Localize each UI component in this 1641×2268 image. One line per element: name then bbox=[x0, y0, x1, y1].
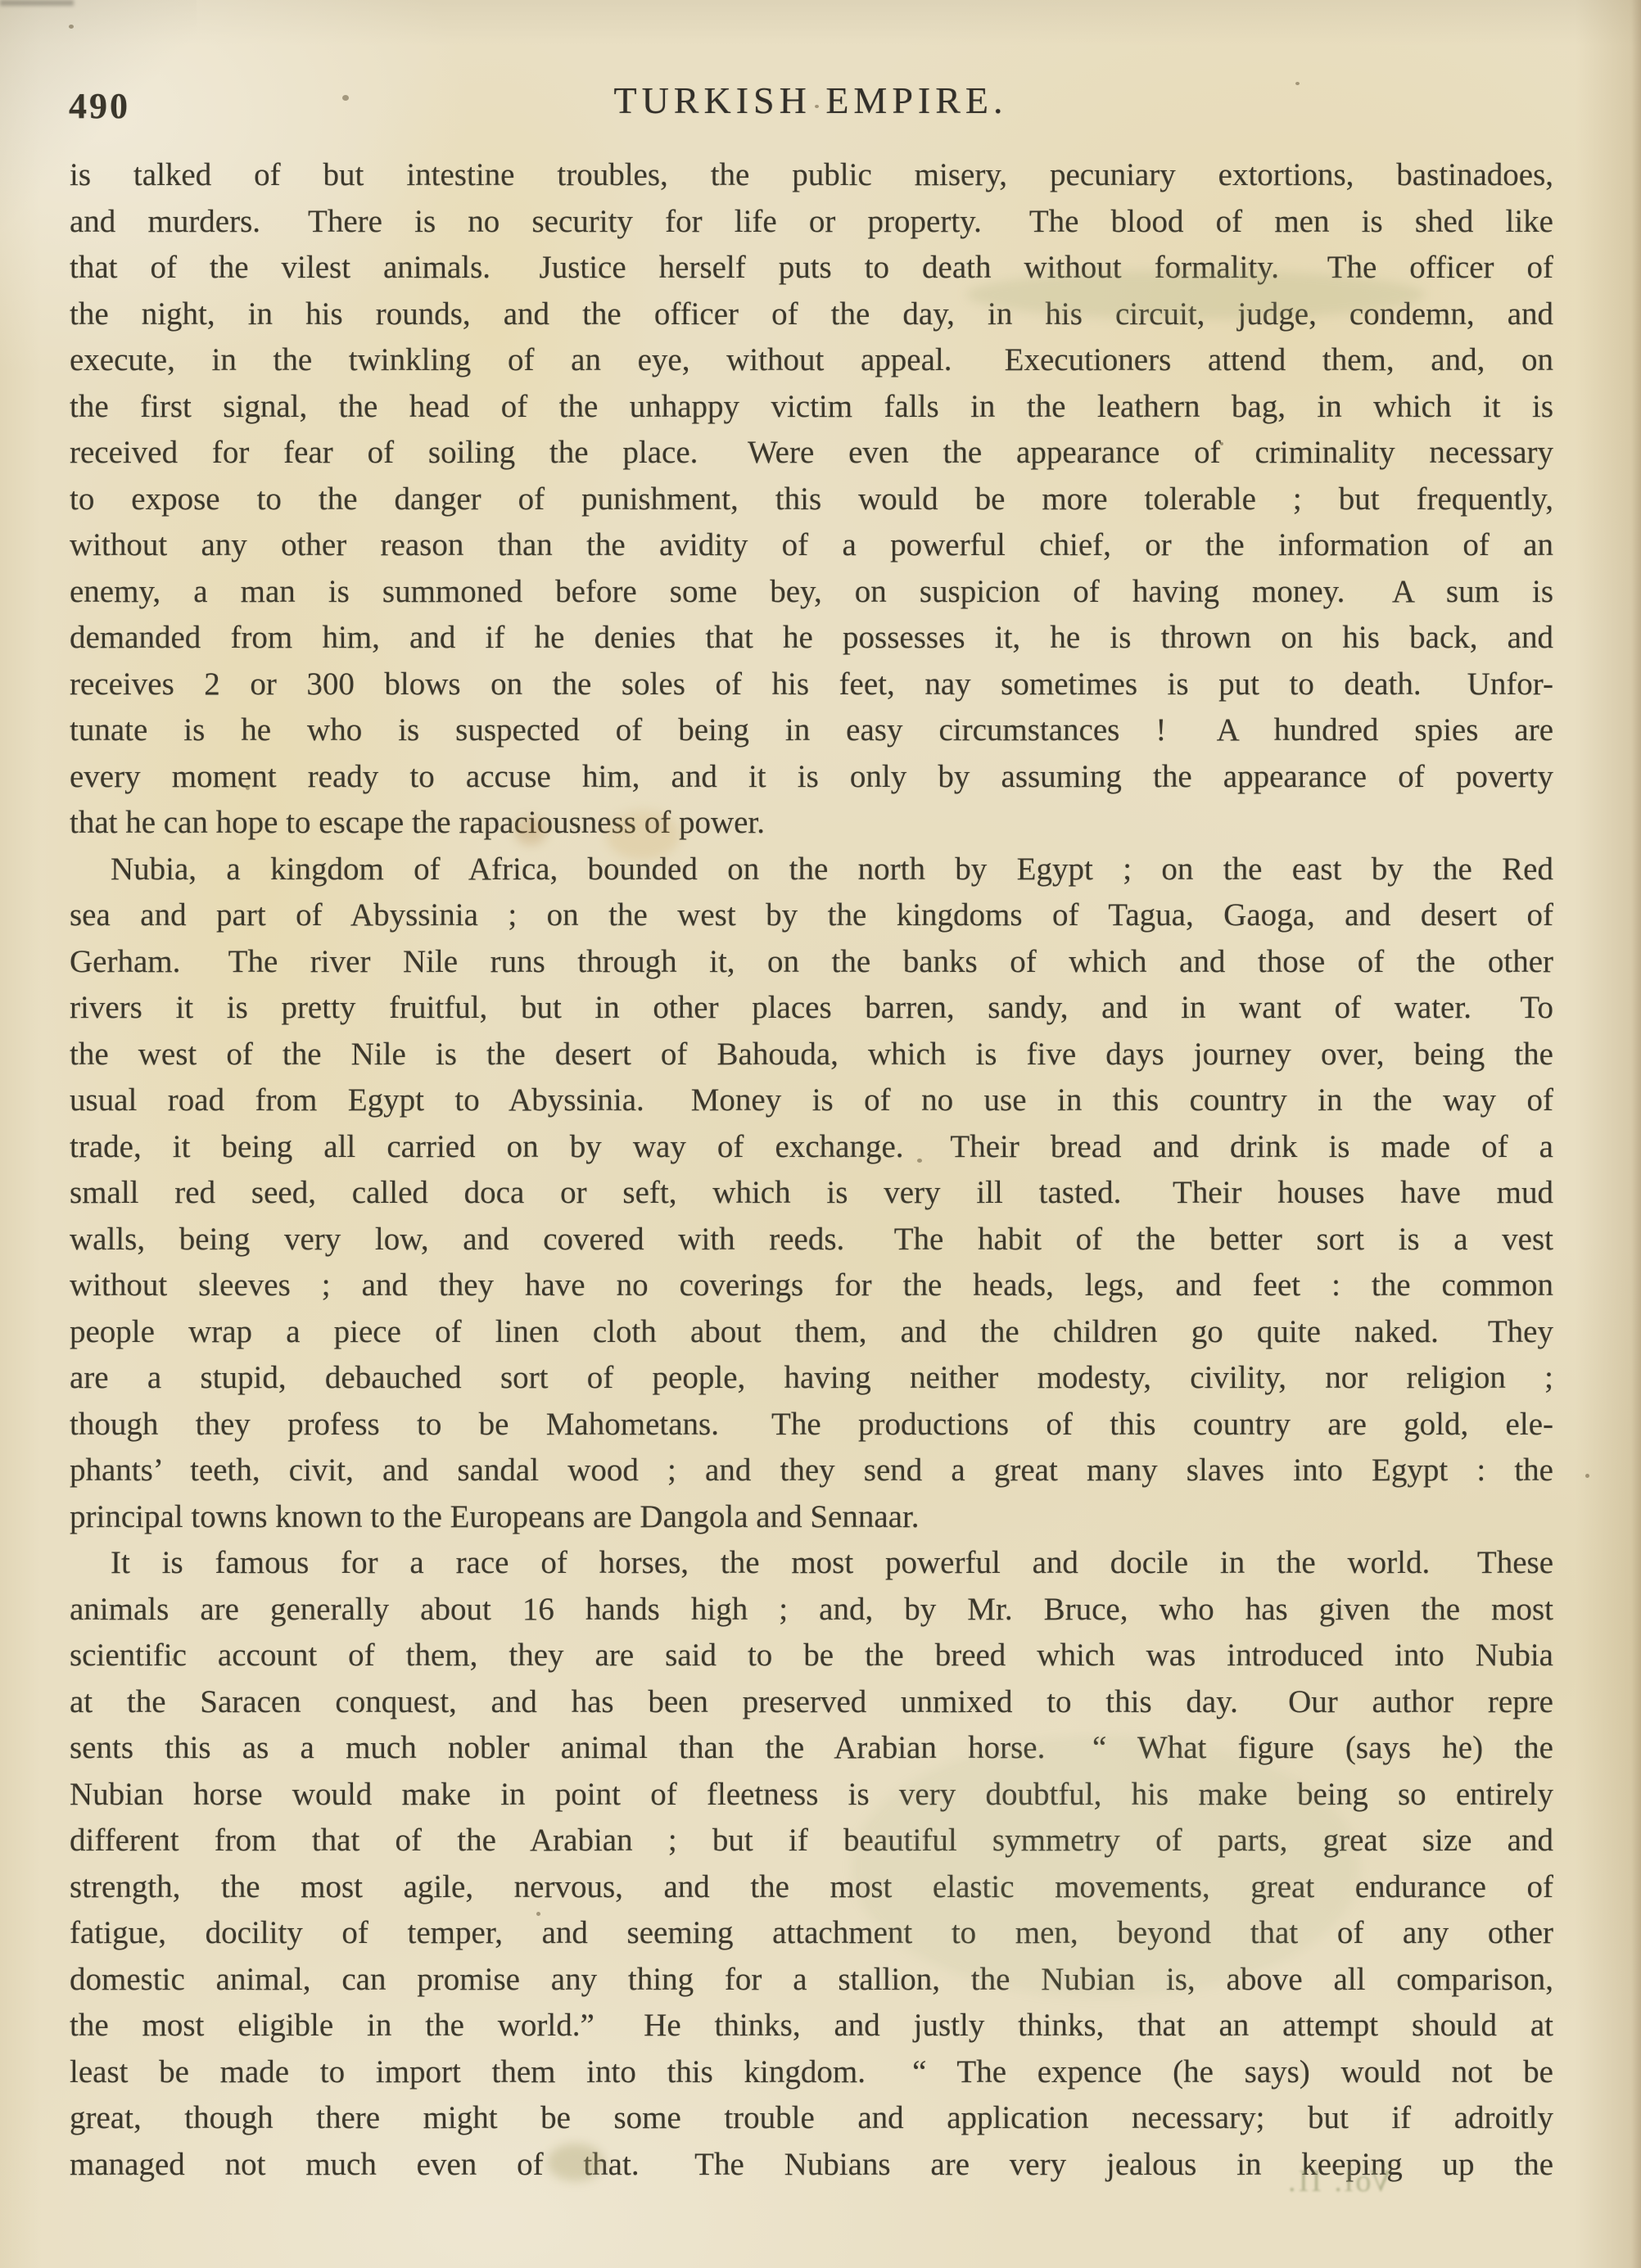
text-line: and murders. There is no security for li… bbox=[70, 199, 1553, 246]
text-line: walls, being very low, and covered with … bbox=[70, 1217, 1553, 1263]
text-line: received for fear of soiling the place. … bbox=[70, 430, 1553, 477]
text-line: It is famous for a race of horses, the m… bbox=[70, 1540, 1553, 1587]
text-line: enemy, a man is summoned before some bey… bbox=[70, 569, 1553, 616]
text-line: Nubia, a kingdom of Africa, bounded on t… bbox=[70, 847, 1553, 893]
text-line: every moment ready to accuse him, and it… bbox=[70, 754, 1553, 801]
text-line: is talked of but intestine troubles, the… bbox=[70, 152, 1553, 199]
text-line: the night, in his rounds, and the office… bbox=[70, 291, 1553, 338]
text-line: trade, it being all carried on by way of… bbox=[70, 1124, 1553, 1171]
text-line: domestic animal, can promise any thing f… bbox=[70, 1957, 1553, 2004]
scan-edge-artifact bbox=[0, 0, 74, 6]
text-line: people wrap a piece of linen cloth about… bbox=[70, 1309, 1553, 1356]
text-line: sents this as a much nobler animal than … bbox=[70, 1725, 1553, 1772]
running-title: TURKISH EMPIRE. bbox=[70, 79, 1552, 122]
text-line: fatigue, docility of temper, and seeming… bbox=[70, 1910, 1553, 1957]
text-line: sea and part of Abyssinia ; on the west … bbox=[70, 892, 1553, 939]
text-line: execute, in the twinkling of an eye, wit… bbox=[70, 337, 1553, 384]
text-line: that of the vilest animals. Justice hers… bbox=[70, 245, 1553, 291]
book-page: 490 TURKISH EMPIRE. is talked of but int… bbox=[0, 0, 1641, 2268]
text-line: without sleeves ; and they have no cover… bbox=[70, 1263, 1553, 1309]
text-line: the west of the Nile is the desert of Ba… bbox=[70, 1032, 1553, 1078]
text-line: that he can hope to escape the rapacious… bbox=[70, 800, 1553, 847]
text-line: phants’ teeth, civit, and sandal wood ; … bbox=[70, 1448, 1553, 1494]
text-line: small red seed, called doca or seft, whi… bbox=[70, 1170, 1553, 1217]
text-line: the most eligible in the world.” He thin… bbox=[70, 2003, 1553, 2049]
text-line: at the Saracen conquest, and has been pr… bbox=[70, 1679, 1553, 1726]
paper-speck bbox=[1585, 1474, 1589, 1478]
text-line: are a stupid, debauched sort of people, … bbox=[70, 1355, 1553, 1402]
text-line: animals are generally about 16 hands hig… bbox=[70, 1587, 1553, 1633]
text-line: receives 2 or 300 blows on the soles of … bbox=[70, 662, 1553, 708]
text-line: principal towns known to the Europeans a… bbox=[70, 1494, 1553, 1541]
text-line: tunate is he who is suspected of being i… bbox=[70, 707, 1553, 754]
paragraph: It is famous for a race of horses, the m… bbox=[70, 1540, 1553, 2188]
bleedthrough-vol-label: Vol. II. bbox=[1224, 2163, 1453, 2199]
text-line: though they profess to be Mahometans. Th… bbox=[70, 1402, 1553, 1448]
paragraph: is talked of but intestine troubles, the… bbox=[70, 152, 1553, 847]
text-line: least be made to import them into this k… bbox=[70, 2049, 1553, 2096]
paper-speck bbox=[69, 25, 74, 29]
text-line: to expose to the danger of punishment, t… bbox=[70, 477, 1553, 523]
text-line: scientific account of them, they are sai… bbox=[70, 1633, 1553, 1679]
text-line: great, though there might be some troubl… bbox=[70, 2095, 1553, 2142]
text-line: Gerham. The river Nile runs through it, … bbox=[70, 939, 1553, 986]
text-line: strength, the most agile, nervous, and t… bbox=[70, 1864, 1553, 1911]
text-line: without any other reason than the avidit… bbox=[70, 522, 1553, 569]
text-line: rivers it is pretty fruitful, but in oth… bbox=[70, 985, 1553, 1032]
paragraph: Nubia, a kingdom of Africa, bounded on t… bbox=[70, 847, 1553, 1541]
text-line: different from that of the Arabian ; but… bbox=[70, 1818, 1553, 1864]
page-text: is talked of but intestine troubles, the… bbox=[70, 152, 1553, 2188]
text-line: usual road from Egypt to Abyssinia. Mone… bbox=[70, 1078, 1553, 1124]
text-line: the first signal, the head of the unhapp… bbox=[70, 384, 1553, 431]
text-line: Nubian horse would make in point of flee… bbox=[70, 1772, 1553, 1818]
text-line: demanded from him, and if he denies that… bbox=[70, 615, 1553, 662]
